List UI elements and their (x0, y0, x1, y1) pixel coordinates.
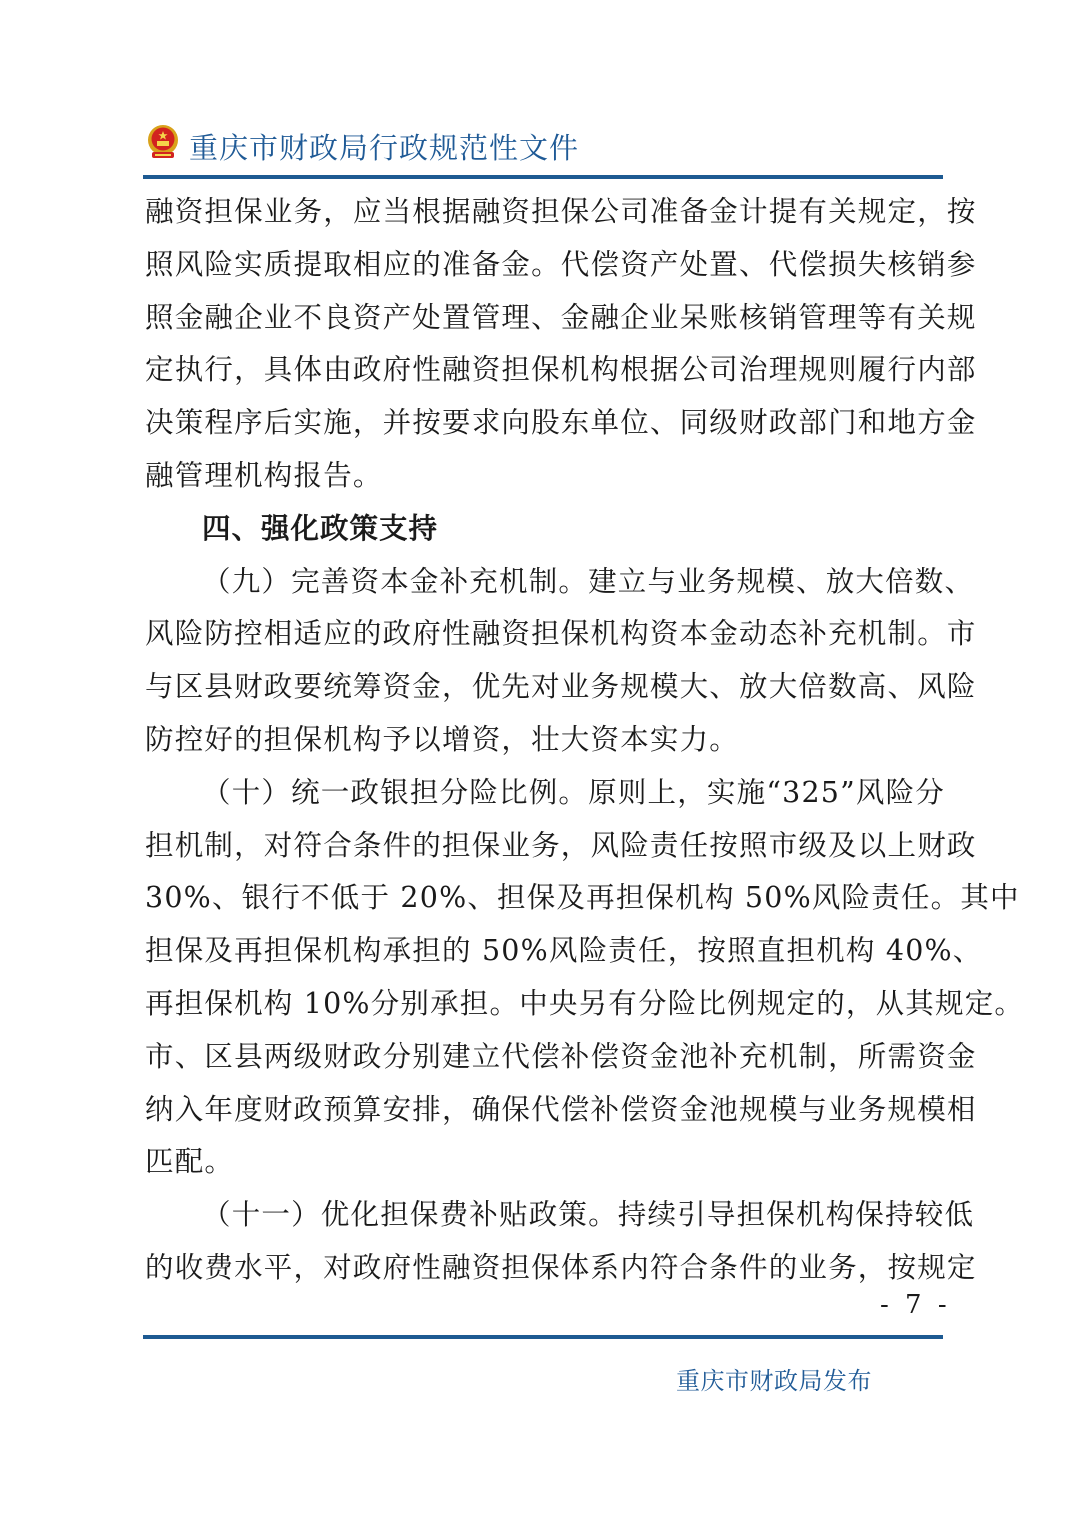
paragraph-11: （十一）优化担保费补贴政策。持续引导担保机构保持较低 的收费水平，对政府性融资担… (145, 1189, 945, 1295)
paragraph-10: （十）统一政银担分险比例。原则上，实施“325”风险分 担机制，对符合条件的担保… (145, 767, 945, 1189)
text-line: 匹配。 (145, 1136, 945, 1189)
header-divider (143, 175, 943, 179)
text-line: 定执行，具体由政府性融资担保机构根据公司治理规则履行内部 (145, 344, 945, 397)
text-line: 照风险实质提取相应的准备金。代偿资产处置、代偿损失核销参 (145, 239, 945, 292)
page-number: - 7 - (880, 1290, 951, 1320)
paragraph-continued: 融资担保业务，应当根据融资担保公司准备金计提有关规定，按 照风险实质提取相应的准… (145, 186, 945, 503)
text-line: （十）统一政银担分险比例。原则上，实施“325”风险分 (145, 767, 945, 820)
text-line: 的收费水平，对政府性融资担保体系内符合条件的业务，按规定 (145, 1242, 945, 1295)
text-line: 30%、银行不低于 20%、担保及再担保机构 50%风险责任。其中 (145, 872, 945, 925)
text-line: （九）完善资本金补充机制。建立与业务规模、放大倍数、 (145, 556, 945, 609)
text-line: 防控好的担保机构予以增资，壮大资本实力。 (145, 714, 945, 767)
paragraph-9: （九）完善资本金补充机制。建立与业务规模、放大倍数、 风险防控相适应的政府性融资… (145, 556, 945, 767)
text-line: （十一）优化担保费补贴政策。持续引导担保机构保持较低 (145, 1189, 945, 1242)
text-line: 担保及再担保机构承担的 50%风险责任，按照直担机构 40%、 (145, 925, 945, 978)
text-line: 决策程序后实施，并按要求向股东单位、同级财政部门和地方金 (145, 397, 945, 450)
text-line: 担机制，对符合条件的担保业务，风险责任按照市级及以上财政 (145, 820, 945, 873)
publisher-label: 重庆市财政局发布 (676, 1361, 872, 1396)
text-line: 融资担保业务，应当根据融资担保公司准备金计提有关规定，按 (145, 186, 945, 239)
text-line: 照金融企业不良资产处置管理、金融企业呆账核销管理等有关规 (145, 292, 945, 345)
document-body: 融资担保业务，应当根据融资担保公司准备金计提有关规定，按 照风险实质提取相应的准… (145, 186, 945, 1295)
section-heading: 四、强化政策支持 (145, 503, 945, 556)
text-line: 纳入年度财政预算安排，确保代偿补偿资金池规模与业务规模相 (145, 1084, 945, 1137)
text-line: 市、区县两级财政分别建立代偿补偿资金池补充机制，所需资金 (145, 1031, 945, 1084)
national-emblem-icon (145, 124, 181, 162)
document-series-title: 重庆市财政局行政规范性文件 (189, 126, 579, 167)
footer-divider (143, 1335, 943, 1339)
document-header: 重庆市财政局行政规范性文件 (145, 122, 945, 178)
text-line: 融管理机构报告。 (145, 450, 945, 503)
text-line: 与区县财政要统筹资金，优先对业务规模大、放大倍数高、风险 (145, 661, 945, 714)
text-line: 风险防控相适应的政府性融资担保机构资本金动态补充机制。市 (145, 608, 945, 661)
text-line: 再担保机构 10%分别承担。中央另有分险比例规定的，从其规定。 (145, 978, 945, 1031)
